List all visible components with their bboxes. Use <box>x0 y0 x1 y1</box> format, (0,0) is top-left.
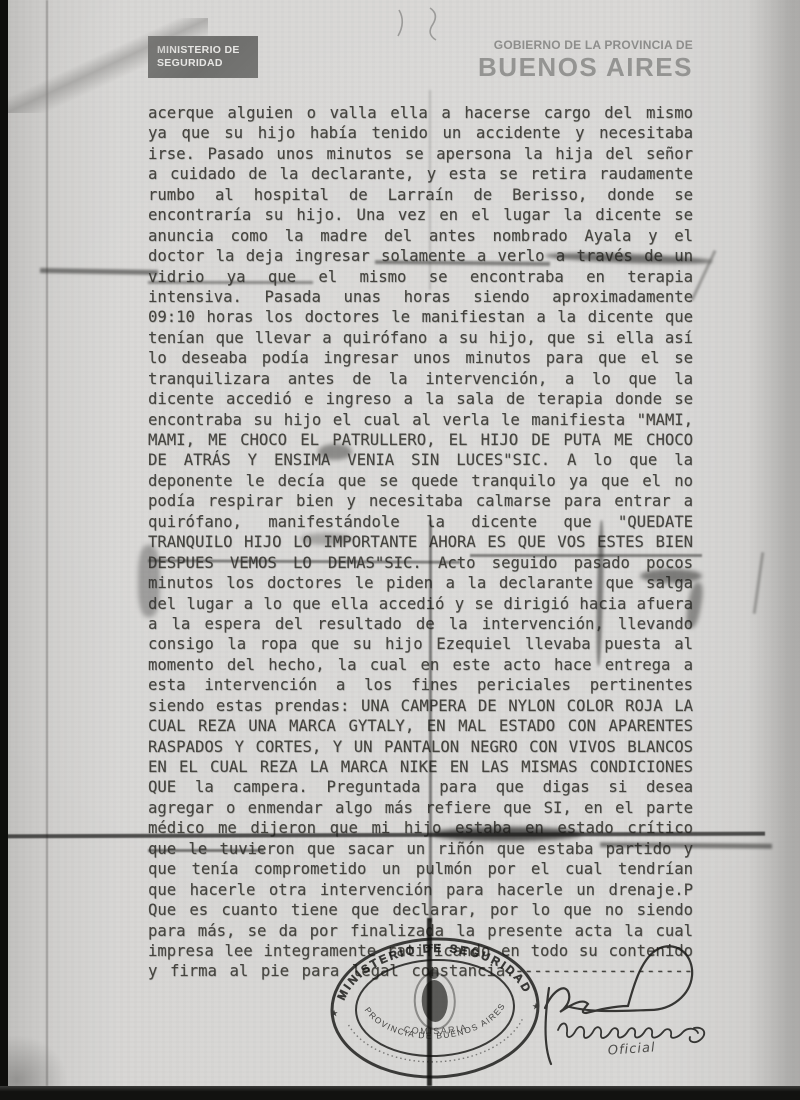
document-line: tenían que llevar a quirófano a su hijo,… <box>148 328 693 348</box>
document-line: rumbo al hospital de Larraín de Berisso,… <box>148 185 693 205</box>
document-line: momento del hecho, la cual en este acto … <box>148 655 693 675</box>
scanned-declaration-page: { "header": { "ministry_line1": "MINISTE… <box>0 0 800 1100</box>
document-line: que le tuvieron que sacar un riñón que e… <box>148 839 693 859</box>
document-line: Que es cuanto tiene que declarar, por lo… <box>148 900 693 920</box>
document-line: podía respirar bien y necesitaba calmars… <box>148 491 693 511</box>
ministry-line1: MINISTERIO DE <box>157 44 258 57</box>
document-line: anuncia como la madre del antes nombrado… <box>148 226 693 246</box>
ministry-logo-box: MINISTERIO DE SEGURIDAD <box>148 36 258 78</box>
document-line: quirófano, manifestándole la dicente que… <box>148 512 693 532</box>
document-line: y firma al pie para legal constancia.---… <box>148 961 693 981</box>
document-line: tranquilizara antes de la intervención, … <box>148 369 693 389</box>
declaration-text: acerque alguien o valla ella a hacerse c… <box>148 103 693 982</box>
document-line: encontraba su hijo el cual al verla le m… <box>148 410 693 430</box>
document-line: vidrio ya que el mismo se encontraba en … <box>148 267 693 287</box>
document-line: a cuidado de la declarante, y esta se re… <box>148 164 693 184</box>
scan-left-edge <box>0 0 8 1100</box>
scan-bottom-edge <box>0 1086 800 1100</box>
document-line: intensiva. Pasada unas horas siendo apro… <box>148 287 693 307</box>
gov-subtitle: GOBIERNO DE LA PROVINCIA DE <box>478 38 693 52</box>
government-header: GOBIERNO DE LA PROVINCIA DE BUENOS AIRES <box>478 38 693 83</box>
document-line: minutos los doctores le piden a la decla… <box>148 573 693 593</box>
document-line: siendo estas prendas: UNA CAMPERA DE NYL… <box>148 696 693 716</box>
document-line: acerque alguien o valla ella a hacerse c… <box>148 103 693 123</box>
ministry-line2: SEGURIDAD <box>157 57 258 70</box>
document-line: ya que su hijo había tenido un accidente… <box>148 123 693 143</box>
document-line: a la espera del resultado de la interven… <box>148 614 693 634</box>
gov-title: BUENOS AIRES <box>478 52 693 83</box>
document-line: del lugar a lo que ella accedió y se dir… <box>148 594 693 614</box>
document-line: agregar o enmendar algo más refiere que … <box>148 798 693 818</box>
document-line: MAMI, ME CHOCO EL PATRULLERO, EL HIJO DE… <box>148 430 693 450</box>
document-line: que hacerle otra intervención para hacer… <box>148 880 693 900</box>
document-line: EN EL CUAL REZA LA MARCA NIKE EN LAS MIS… <box>148 757 693 777</box>
document-line: médico me dijeron que mi hijo estaba en … <box>148 818 693 838</box>
document-line: encontraría su hijo. Una vez en el lugar… <box>148 205 693 225</box>
document-line: TRANQUILO HIJO LO IMPORTANTE AHORA ES QU… <box>148 532 693 552</box>
document-line: 09:10 horas los doctores le manifiestan … <box>148 307 693 327</box>
document-line: dicente accedió e ingreso a la sala de t… <box>148 389 693 409</box>
document-line: impresa lee integramente ratificando en … <box>148 941 693 961</box>
document-line: deponente le decía que se quede tranquil… <box>148 471 693 491</box>
right-edge-shade <box>748 0 800 1086</box>
document-line: DESPUES VEMOS LO DEMAS"SIC. Acto seguido… <box>148 553 693 573</box>
document-line: que tenía comprometido un pulmón por el … <box>148 859 693 879</box>
document-line: irse. Pasado unos minutos se apersona la… <box>148 144 693 164</box>
document-line: CUAL REZA UNA MARCA GYTALY, EN MAL ESTAD… <box>148 716 693 736</box>
left-fold-line <box>46 0 48 1086</box>
document-line: QUE la campera. Preguntada para que diga… <box>148 777 693 797</box>
document-line: consigo la ropa que su hijo Ezequiel lle… <box>148 634 693 654</box>
document-line: esta intervención a los fines periciales… <box>148 675 693 695</box>
document-line: para más, se da por finalizada la presen… <box>148 921 693 941</box>
document-line: lo deseaba podía ingresar unos minutos p… <box>148 348 693 368</box>
document-line: DE ATRÁS Y ENSIMA VENIA SIN LUCES"SIC. A… <box>148 450 693 470</box>
document-line: doctor la deja ingresar solamente a verl… <box>148 246 693 266</box>
document-line: RASPADOS Y CORTES, Y UN PANTALON NEGRO C… <box>148 737 693 757</box>
